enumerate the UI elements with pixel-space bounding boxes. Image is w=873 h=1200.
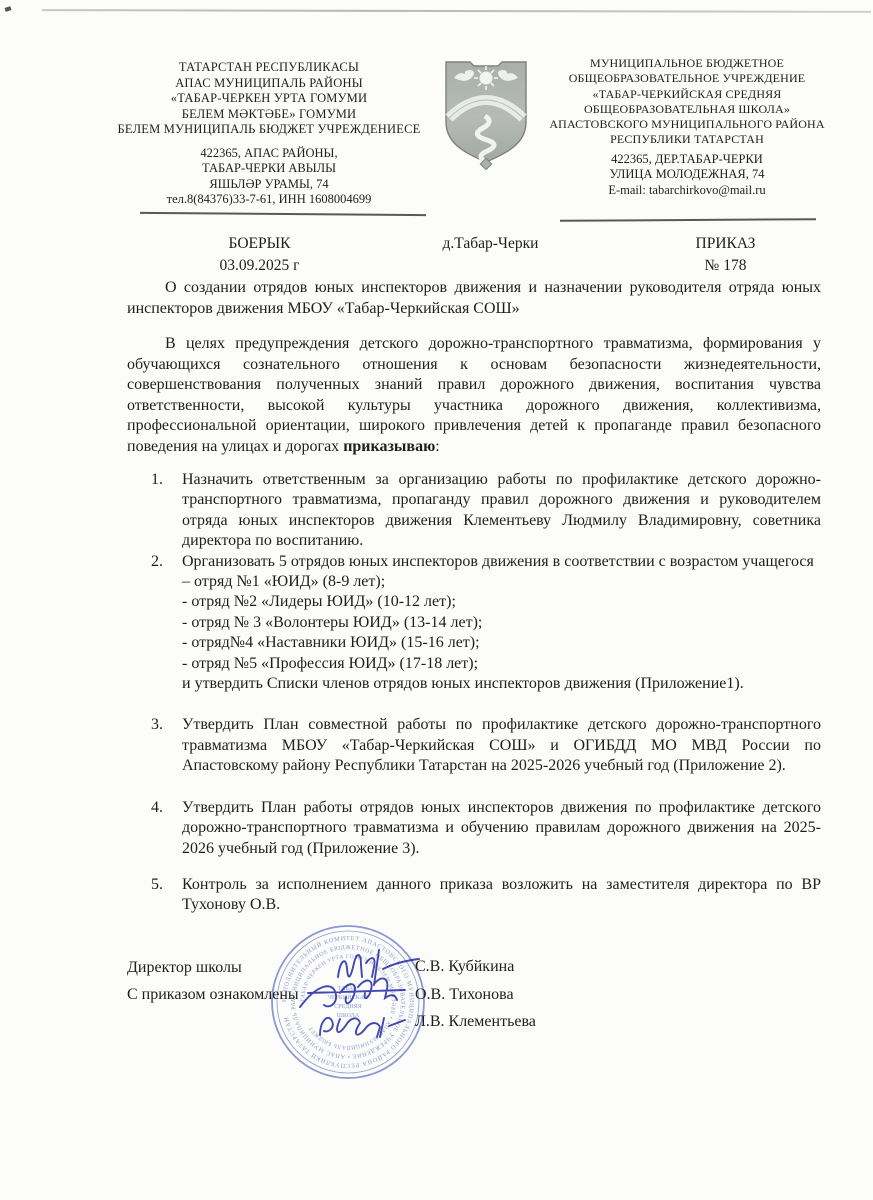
scanned-order-page: ТАТАРСТАН РЕСПУБЛИКАСЫ АПАС МУНИЦИПАЛЬ Р… xyxy=(0,0,873,1200)
squad-approve-line: и утвердить Списки членов отрядов юных и… xyxy=(182,674,821,694)
org-right-line: ОБЩЕОБРАЗОВАТЕЛЬНОЕ УЧРЕЖДЕНИЕ xyxy=(543,71,831,86)
order-preamble: В целях предупреждения детского дорожно-… xyxy=(127,334,821,458)
org-left-line: БЕЛЕМ МӘКТӘБЕ» ГОМУМИ xyxy=(104,107,434,123)
letterhead-right-org: МУНИЦИПАЛЬНОЕ БЮДЖЕТНОЕ ОБЩЕОБРАЗОВАТЕЛЬ… xyxy=(543,56,831,148)
squad-line-1: – отряд №1 «ЮИД» (8-9 лет); xyxy=(182,572,821,592)
acquainted-signature-2 xyxy=(320,1018,405,1037)
letterhead-right-address: 422365, ДЕР.ТАБАР-ЧЕРКИ УЛИЦА МОЛОДЕЖНАЯ… xyxy=(543,152,831,198)
item-text: Назначить ответственным за организацию р… xyxy=(182,471,821,549)
order-item-1: 1. Назначить ответственным за организаци… xyxy=(127,470,821,552)
org-left-line: БЕЛЕМ МУНИЦИПАЛЬ БЮДЖЕТ УЧРЕЖДЕНИЕСЕ xyxy=(104,122,434,138)
signatory-name-2: О.В. Тихонова xyxy=(415,981,536,1009)
order-title-russian: ПРИКАЗ № 178 xyxy=(638,233,813,277)
letterhead-left-address: 422365, АПАС РАЙОНЫ, ТАБАР-ЧЕРКИ АВЫЛЫ Я… xyxy=(104,146,434,208)
scan-artifact-top-line xyxy=(42,9,871,13)
order-place: д.Табар-Черки xyxy=(408,233,573,255)
item-number: 4. xyxy=(151,798,163,818)
item-number: 3. xyxy=(151,715,163,735)
signatory-names: С.В. Кубйкина О.В. Тихонова Л.В. Клемент… xyxy=(415,953,536,1036)
item-text: Утвердить План работы отрядов юных инспе… xyxy=(182,799,821,857)
preamble-colon: : xyxy=(435,438,439,455)
org-right-line: ОБЩЕОБРАЗОВАТЕЛЬНАЯ ШКОЛА» xyxy=(543,102,831,117)
order-item-2: 2. Организовать 5 отрядов юных инспектор… xyxy=(127,552,821,695)
school-coat-of-arms-icon xyxy=(438,56,534,170)
director-label: Директор школы xyxy=(127,955,299,982)
squad-line-5: - отряд №5 «Профессия ЮИД» (17-18 лет); xyxy=(182,654,821,674)
order-word-prikaz: ПРИКАЗ xyxy=(638,233,813,255)
org-right-line: «ТАБАР-ЧЕРКИЙСКАЯ СРЕДНЯЯ xyxy=(543,87,831,102)
addr-right-line: E-mail: tabarchirkovo@mail.ru xyxy=(543,183,831,198)
addr-left-line: тел.8(84376)33-7-61, ИНН 1608004699 xyxy=(104,192,434,207)
addr-right-line: 422365, ДЕР.ТАБАР-ЧЕРКИ xyxy=(543,152,831,167)
order-items: 1. Назначить ответственным за организаци… xyxy=(127,470,821,916)
item-number: 1. xyxy=(151,470,163,490)
letterhead-rule-right xyxy=(560,218,816,222)
scan-artifact-corner-mark xyxy=(5,6,12,12)
org-right-line: МУНИЦИПАЛЬНОЕ БЮДЖЕТНОЕ xyxy=(543,56,831,71)
org-left-line: АПАС МУНИЦИПАЛЬ РАЙОНЫ xyxy=(104,76,434,92)
signature-labels: Директор школы С приказом ознакомлены xyxy=(127,955,299,1008)
squad-line-2: - отряд №2 «Лидеры ЮИД» (10-12 лет); xyxy=(182,592,821,612)
item-text: Утвердить План совместной работы по проф… xyxy=(182,716,821,774)
org-right-line: РЕСПУБЛИКИ ТАТАРСТАН xyxy=(543,132,831,147)
addr-left-line: ЯШЬЛӘР УРАМЫ, 74 xyxy=(104,177,434,192)
squad-line-3: - отряд № 3 «Волонтеры ЮИД» (13-14 лет); xyxy=(182,613,821,633)
order-date: 03.09.2025 г xyxy=(172,255,347,277)
letterhead-rule-left xyxy=(140,212,426,216)
addr-left-line: 422365, АПАС РАЙОНЫ, xyxy=(104,146,434,161)
addr-left-line: ТАБАР-ЧЕРКИ АВЫЛЫ xyxy=(104,161,434,176)
preamble-text: В целях предупреждения детского дорожно-… xyxy=(127,335,821,455)
org-left-line: ТАТАРСТАН РЕСПУБЛИКАСЫ xyxy=(104,60,434,76)
item-number: 5. xyxy=(151,875,163,895)
order-item-3: 3. Утвердить План совместной работы по п… xyxy=(127,715,821,776)
order-number: № 178 xyxy=(638,255,813,277)
addr-right-line: УЛИЦА МОЛОДЕЖНАЯ, 74 xyxy=(543,167,831,182)
org-left-line: «ТАБАР-ЧЕРКЕН УРТА ГОМУМИ xyxy=(104,91,434,107)
order-item-4: 4. Утвердить План работы отрядов юных ин… xyxy=(127,798,821,859)
org-right-line: АПАСТОВСКОГО МУНИЦИПАЛЬНОГО РАЙОНА xyxy=(543,117,831,132)
preamble-bold-word: приказываю xyxy=(343,438,435,455)
item-text: Организовать 5 отрядов юных инспекторов … xyxy=(182,553,814,570)
order-subject: О создании отрядов юных инспекторов движ… xyxy=(127,277,821,319)
acquainted-label: С приказом ознакомлены xyxy=(127,982,299,1009)
signatory-name-1: С.В. Кубйкина xyxy=(415,953,536,981)
squad-line-4: - отряд№4 «Наставники ЮИД» (15-16 лет); xyxy=(182,633,821,653)
item-text: Контроль за исполнением данного приказа … xyxy=(182,876,821,913)
order-item-5: 5. Контроль за исполнением данного прика… xyxy=(127,875,821,916)
order-word-boerik: БОЕРЫК xyxy=(172,233,347,255)
signatory-name-3: Л.В. Клементьева xyxy=(415,1008,536,1036)
item-number: 2. xyxy=(151,552,163,572)
acquainted-signature-1 xyxy=(300,978,405,1007)
order-title-tatar: БОЕРЫК 03.09.2025 г xyxy=(172,233,347,277)
letterhead-left-org: ТАТАРСТАН РЕСПУБЛИКАСЫ АПАС МУНИЦИПАЛЬ Р… xyxy=(104,60,434,138)
